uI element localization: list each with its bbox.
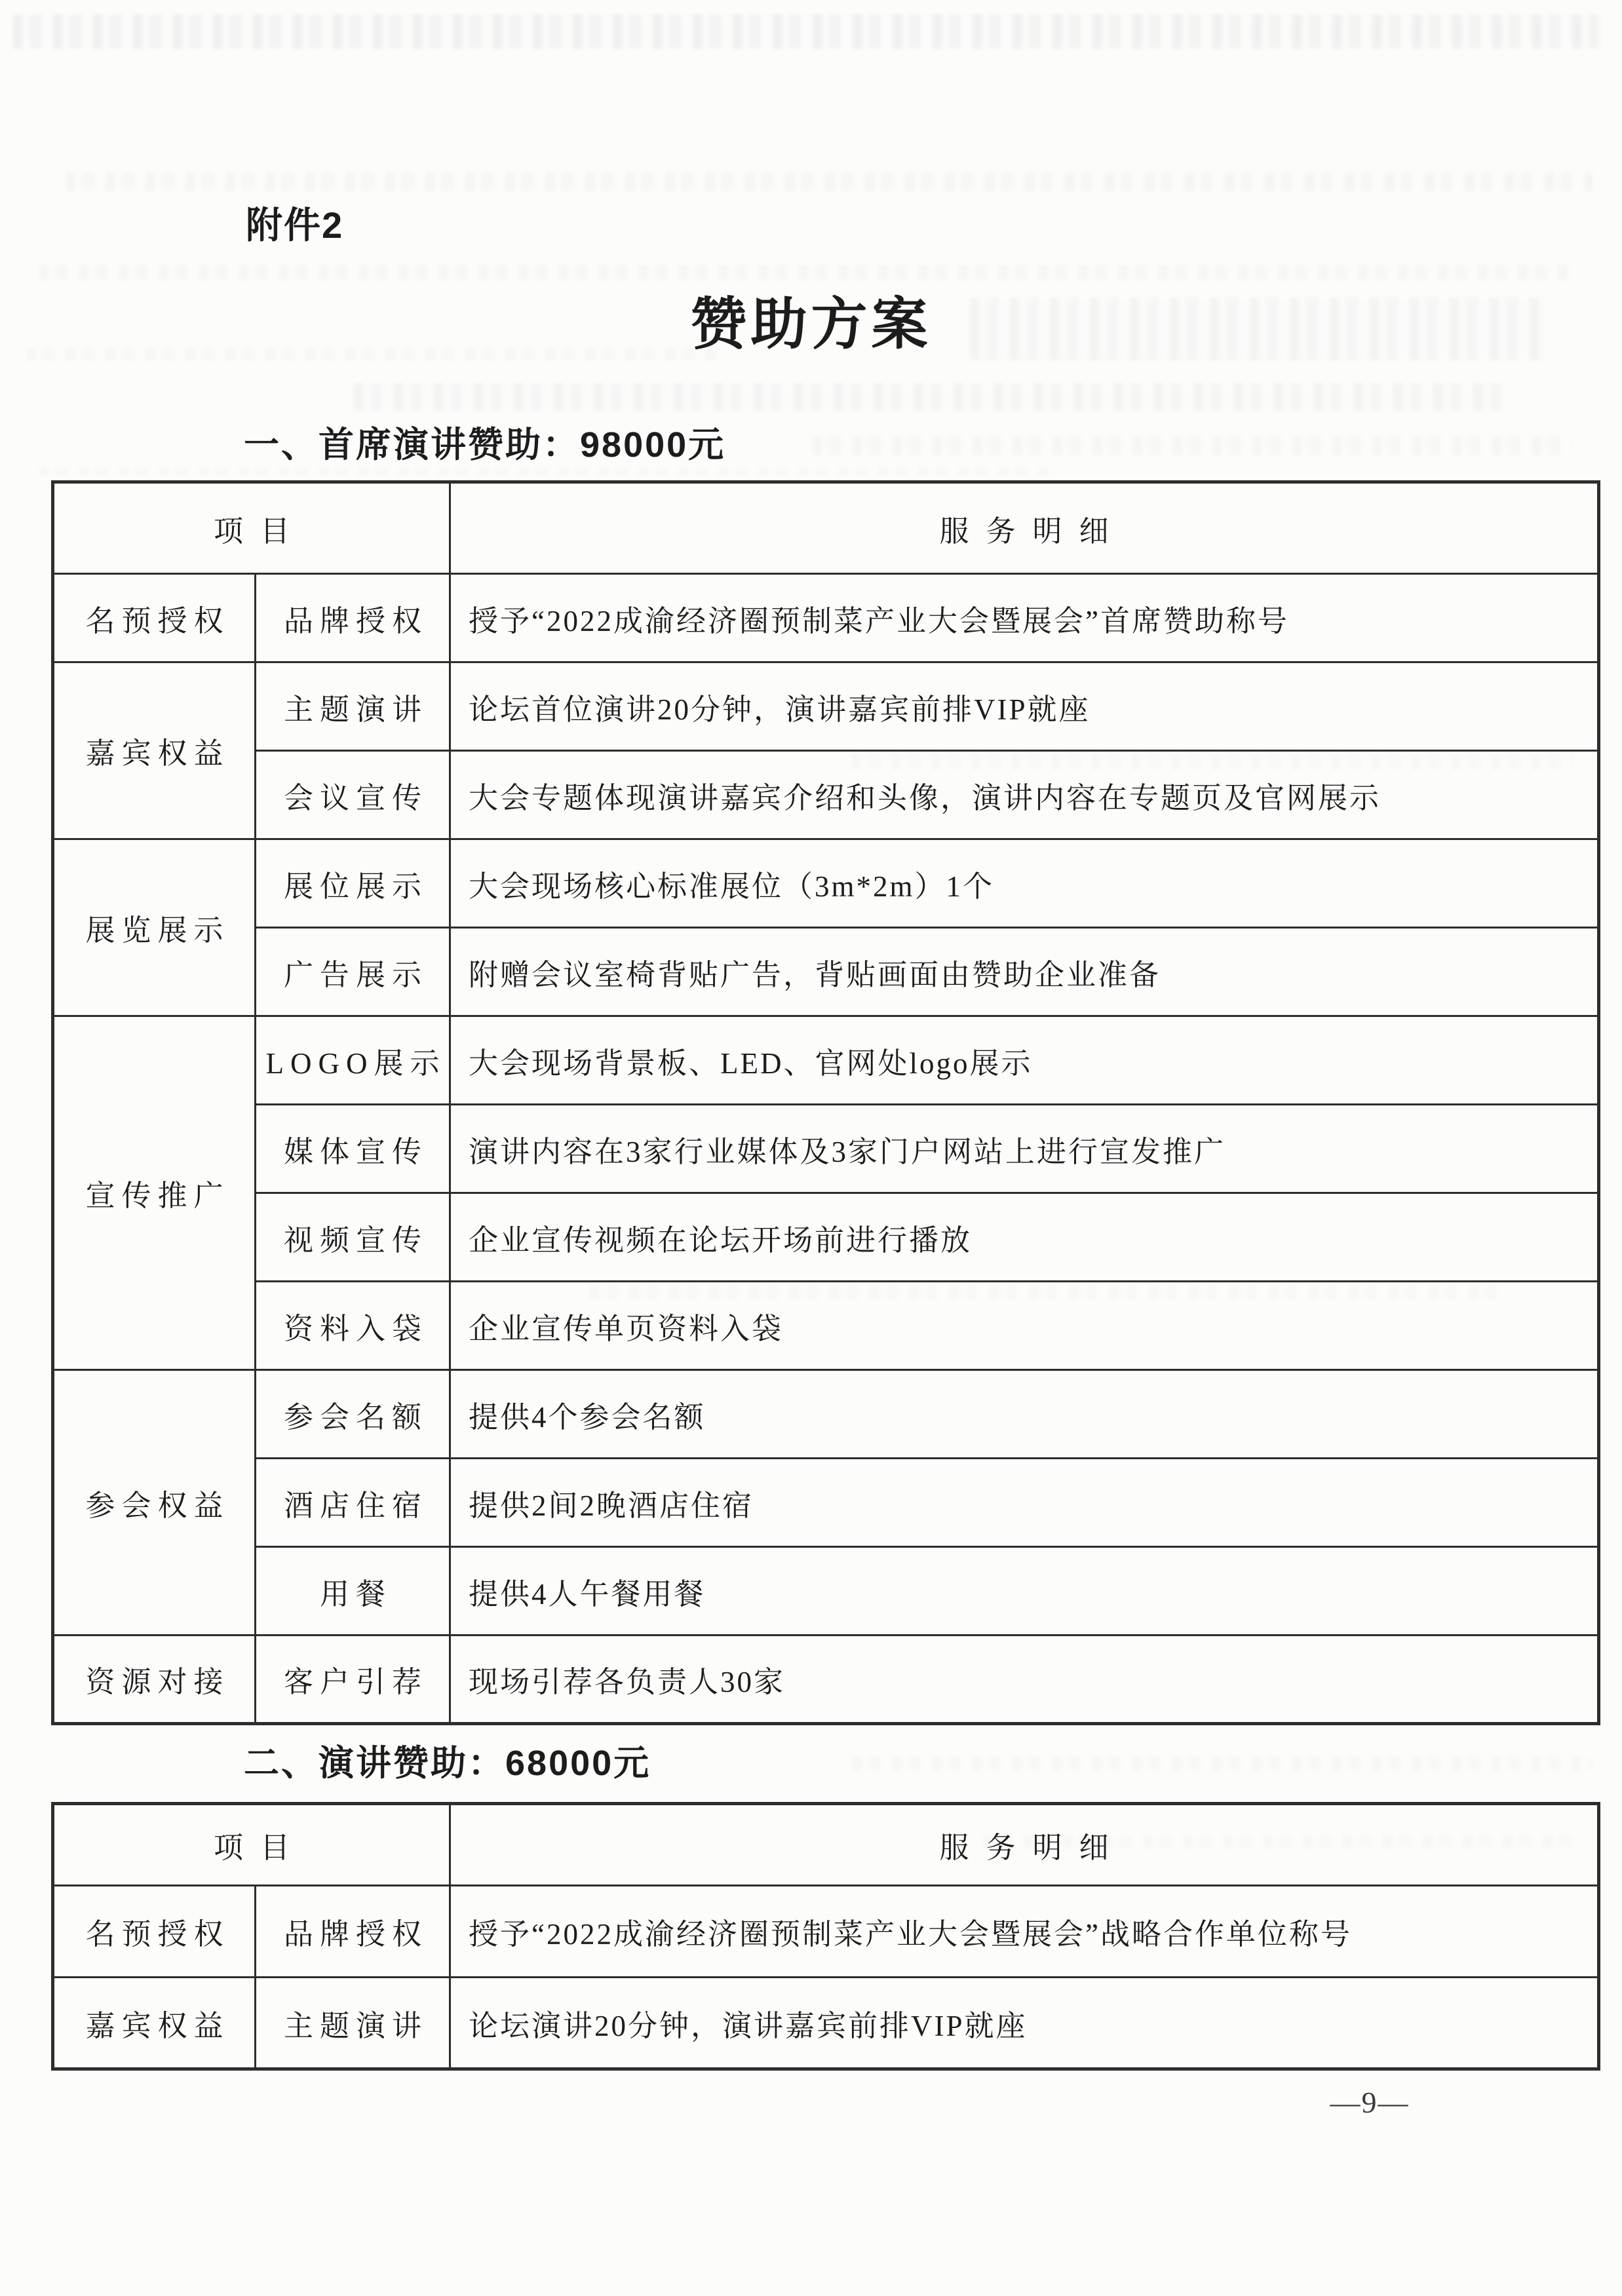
sponsorship-table-1: 项目 服务明细 名预授权 品牌授权 授予“2022成渝经济圈预制菜产业大会暨展会… xyxy=(51,480,1600,1725)
detail-cell: 企业宣传单页资料入袋 xyxy=(450,1282,1599,1370)
item-cell: 用餐 xyxy=(256,1547,450,1636)
detail-cell: 现场引荐各负责人30家 xyxy=(450,1636,1599,1724)
table-row: 媒体宣传 演讲内容在3家行业媒体及3家门户网站上进行宣发推广 xyxy=(53,1105,1599,1193)
detail-cell: 论坛演讲20分钟，演讲嘉宾前排VIP就座 xyxy=(450,1978,1599,2069)
table-row: 展览展示 展位展示 大会现场核心标准展位（3m*2m）1个 xyxy=(53,839,1599,928)
table-row: 视频宣传 企业宣传视频在论坛开场前进行播放 xyxy=(53,1193,1599,1282)
section-1-heading: 一、首席演讲赞助：98000元 xyxy=(244,417,725,467)
item-cell: 媒体宣传 xyxy=(256,1105,450,1193)
category-cell: 嘉宾权益 xyxy=(53,662,256,839)
item-cell: 参会名额 xyxy=(256,1370,450,1459)
table-row: 广告展示 附赠会议室椅背贴广告，背贴画面由赞助企业准备 xyxy=(53,928,1599,1016)
scan-noise xyxy=(852,1756,1593,1770)
scan-noise xyxy=(813,436,1573,455)
category-cell: 资源对接 xyxy=(53,1636,256,1724)
scan-noise xyxy=(66,172,1593,191)
item-cell: 广告展示 xyxy=(256,928,450,1016)
detail-cell: 授予“2022成渝经济圈预制菜产业大会暨展会”战略合作单位称号 xyxy=(450,1886,1599,1978)
table-header-project: 项目 xyxy=(53,482,450,574)
category-cell: 名预授权 xyxy=(53,1886,256,1978)
table-header-detail: 服务明细 xyxy=(450,1804,1599,1886)
detail-cell: 企业宣传视频在论坛开场前进行播放 xyxy=(450,1193,1599,1282)
detail-cell: 提供4个参会名额 xyxy=(450,1370,1599,1459)
page-title: 赞助方案 xyxy=(0,294,1622,356)
category-cell: 名预授权 xyxy=(53,574,256,662)
table-row: 资源对接 客户引荐 现场引荐各负责人30家 xyxy=(53,1636,1599,1724)
item-cell: 资料入袋 xyxy=(256,1282,450,1370)
table-row: 会议宣传 大会专题体现演讲嘉宾介绍和头像，演讲内容在专题页及官网展示 xyxy=(53,751,1599,839)
category-cell: 展览展示 xyxy=(53,839,256,1016)
table-row: 宣传推广 LOGO展示 大会现场背景板、LED、官网处logo展示 xyxy=(53,1016,1599,1105)
item-cell: 视频宣传 xyxy=(256,1193,450,1282)
detail-cell: 授予“2022成渝经济圈预制菜产业大会暨展会”首席赞助称号 xyxy=(450,574,1599,662)
detail-cell: 提供4人午餐用餐 xyxy=(450,1547,1599,1636)
table-header-detail: 服务明细 xyxy=(450,482,1599,574)
detail-cell: 提供2间2晚酒店住宿 xyxy=(450,1459,1599,1547)
scan-noise xyxy=(354,383,1507,411)
scan-noise xyxy=(13,14,1599,48)
table-row: 嘉宾权益 主题演讲 论坛首位演讲20分钟，演讲嘉宾前排VIP就座 xyxy=(53,662,1599,751)
table-row: 名预授权 品牌授权 授予“2022成渝经济圈预制菜产业大会暨展会”首席赞助称号 xyxy=(53,574,1599,662)
detail-cell: 大会现场背景板、LED、官网处logo展示 xyxy=(450,1016,1599,1105)
table-row: 参会权益 参会名额 提供4个参会名额 xyxy=(53,1370,1599,1459)
scan-noise xyxy=(39,265,1573,280)
detail-cell: 论坛首位演讲20分钟，演讲嘉宾前排VIP就座 xyxy=(450,662,1599,751)
category-cell: 嘉宾权益 xyxy=(53,1978,256,2069)
section-2-heading: 二、演讲赞助：68000元 xyxy=(244,1735,651,1786)
attachment-label: 附件2 xyxy=(246,197,343,249)
detail-cell: 大会专题体现演讲嘉宾介绍和头像，演讲内容在专题页及官网展示 xyxy=(450,751,1599,839)
item-cell: 主题演讲 xyxy=(256,662,450,751)
table-header-row: 项目 服务明细 xyxy=(53,482,1599,574)
table-row: 资料入袋 企业宣传单页资料入袋 xyxy=(53,1282,1599,1370)
category-cell: 宣传推广 xyxy=(53,1016,256,1370)
table-header-project: 项目 xyxy=(53,1804,450,1886)
table-row: 用餐 提供4人午餐用餐 xyxy=(53,1547,1599,1636)
table-row: 名预授权 品牌授权 授予“2022成渝经济圈预制菜产业大会暨展会”战略合作单位称… xyxy=(53,1886,1599,1978)
table-row: 嘉宾权益 主题演讲 论坛演讲20分钟，演讲嘉宾前排VIP就座 xyxy=(53,1978,1599,2069)
page-number: —9— xyxy=(1284,2085,1455,2120)
sponsorship-table-2: 项目 服务明细 名预授权 品牌授权 授予“2022成渝经济圈预制菜产业大会暨展会… xyxy=(51,1802,1600,2071)
item-cell: 客户引荐 xyxy=(256,1636,450,1724)
item-cell: 酒店住宿 xyxy=(256,1459,450,1547)
scan-noise xyxy=(39,467,1049,476)
item-cell: 品牌授权 xyxy=(256,574,450,662)
detail-cell: 演讲内容在3家行业媒体及3家门户网站上进行宣发推广 xyxy=(450,1105,1599,1193)
detail-cell: 附赠会议室椅背贴广告，背贴画面由赞助企业准备 xyxy=(450,928,1599,1016)
table-row: 酒店住宿 提供2间2晚酒店住宿 xyxy=(53,1459,1599,1547)
item-cell: LOGO展示 xyxy=(256,1016,450,1105)
item-cell: 品牌授权 xyxy=(256,1886,450,1978)
item-cell: 会议宣传 xyxy=(256,751,450,839)
item-cell: 主题演讲 xyxy=(256,1978,450,2069)
detail-cell: 大会现场核心标准展位（3m*2m）1个 xyxy=(450,839,1599,928)
table-header-row: 项目 服务明细 xyxy=(53,1804,1599,1886)
item-cell: 展位展示 xyxy=(256,839,450,928)
document-page: 附件2 赞助方案 一、首席演讲赞助：98000元 项目 服务明细 名预授权 品牌… xyxy=(0,0,1622,2296)
category-cell: 参会权益 xyxy=(53,1370,256,1636)
